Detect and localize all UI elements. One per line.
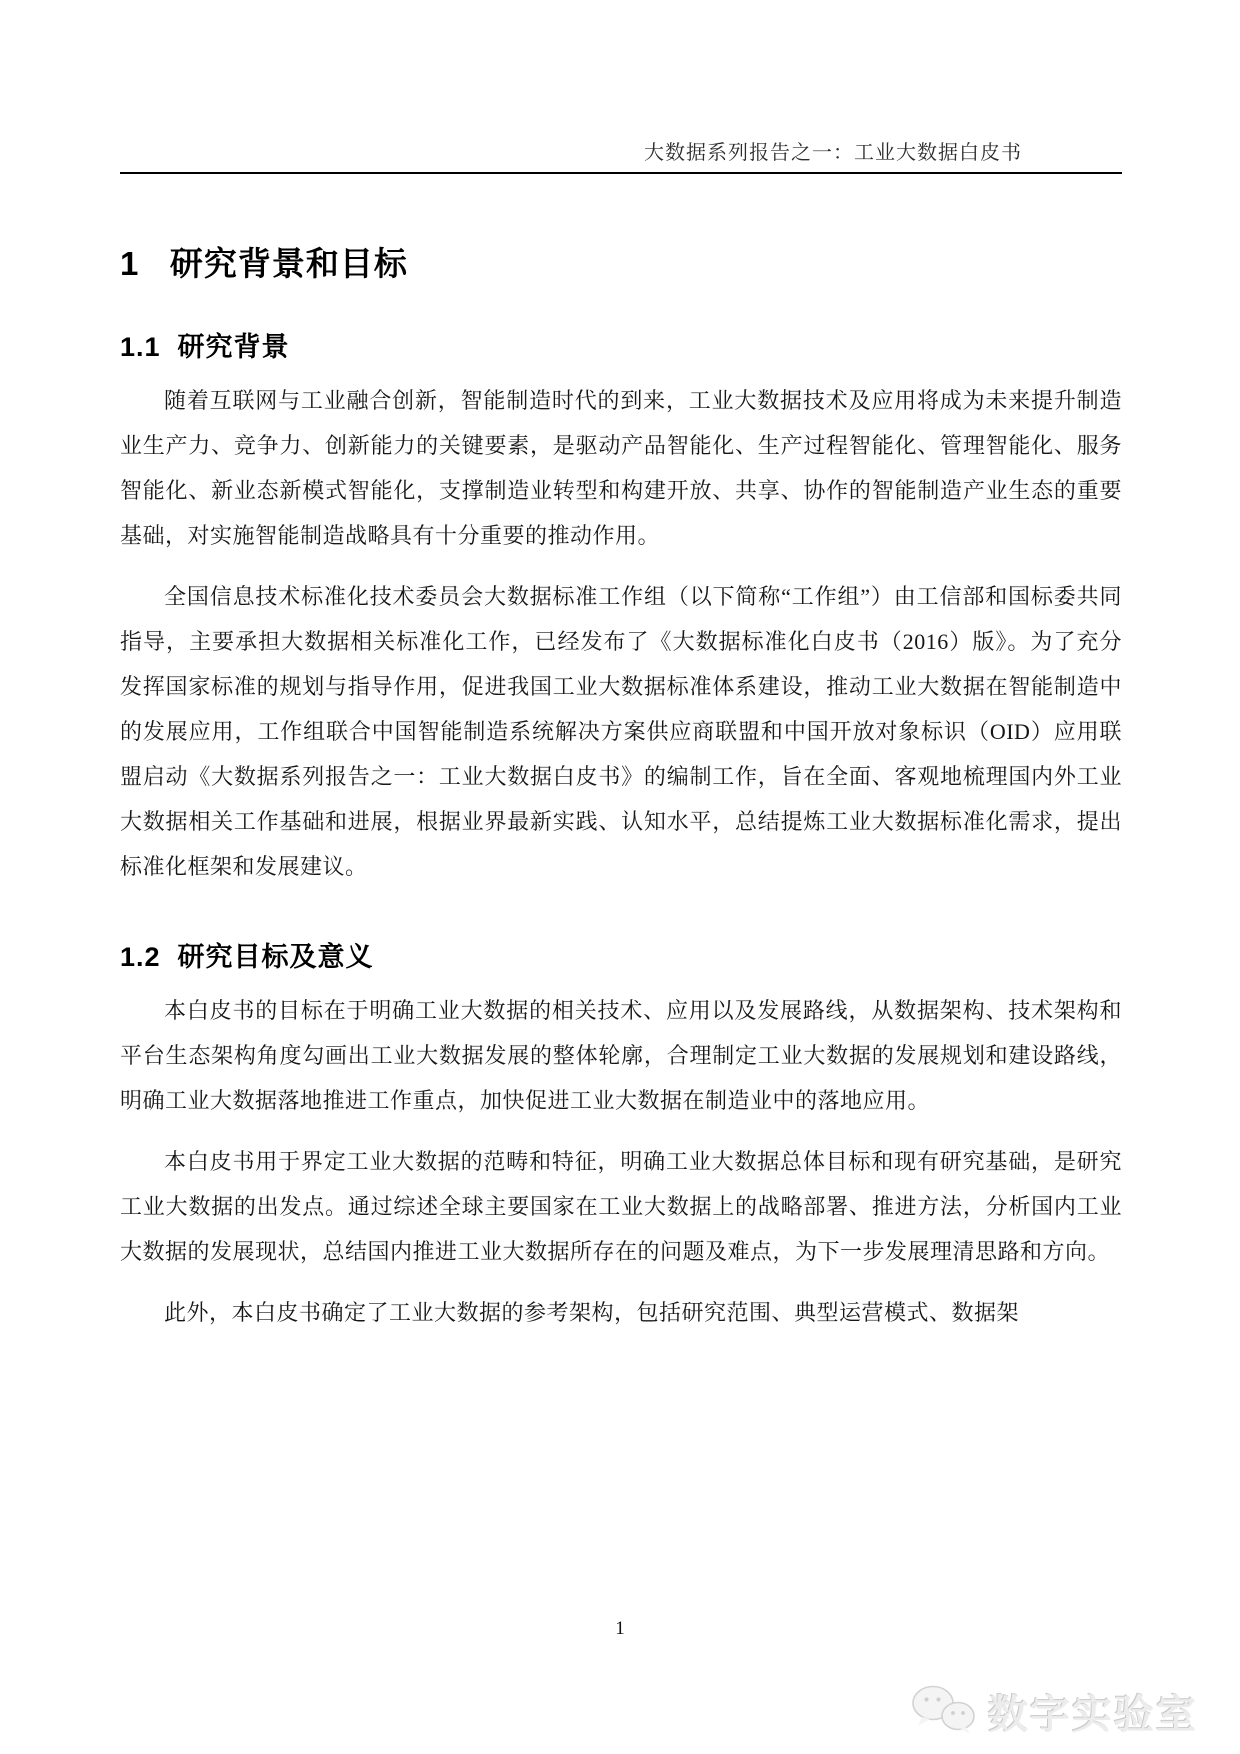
wechat-icon bbox=[908, 1682, 980, 1741]
paragraph-s12-1: 本白皮书的目标在于明确工业大数据的相关技术、应用以及发展路线，从数据架构、技术架… bbox=[120, 988, 1122, 1123]
paragraph-s11-2: 全国信息技术标准化技术委员会大数据标准工作组（以下简称“工作组”）由工信部和国标… bbox=[120, 574, 1122, 889]
paragraph-s11-1: 随着互联网与工业融合创新，智能制造时代的到来，工业大数据技术及应用将成为未来提升… bbox=[120, 378, 1122, 558]
section-heading-1-2: 1.2 研究目标及意义 bbox=[120, 935, 1122, 974]
paragraph-s12-2: 本白皮书用于界定工业大数据的范畴和特征，明确工业大数据总体目标和现有研究基础，是… bbox=[120, 1139, 1122, 1274]
header-running-title: 大数据系列报告之一：工业大数据白皮书 bbox=[120, 138, 1122, 168]
page-number: 1 bbox=[0, 1618, 1240, 1640]
section-heading-1: 1 研究背景和目标 bbox=[120, 238, 1122, 285]
watermark: 数字实验室 bbox=[908, 1682, 1198, 1741]
page-header: 大数据系列报告之一：工业大数据白皮书 bbox=[120, 138, 1122, 174]
watermark-text: 数字实验室 bbox=[988, 1683, 1198, 1740]
document-body: 1 研究背景和目标 1.1 研究背景 随着互联网与工业融合创新，智能制造时代的到… bbox=[120, 196, 1122, 1335]
document-page: 大数据系列报告之一：工业大数据白皮书 1 研究背景和目标 1.1 研究背景 随着… bbox=[0, 0, 1240, 1754]
paragraph-s12-3: 此外，本白皮书确定了工业大数据的参考架构，包括研究范围、典型运营模式、数据架 bbox=[120, 1290, 1122, 1335]
header-divider bbox=[120, 172, 1122, 174]
section-heading-1-1: 1.1 研究背景 bbox=[120, 325, 1122, 364]
